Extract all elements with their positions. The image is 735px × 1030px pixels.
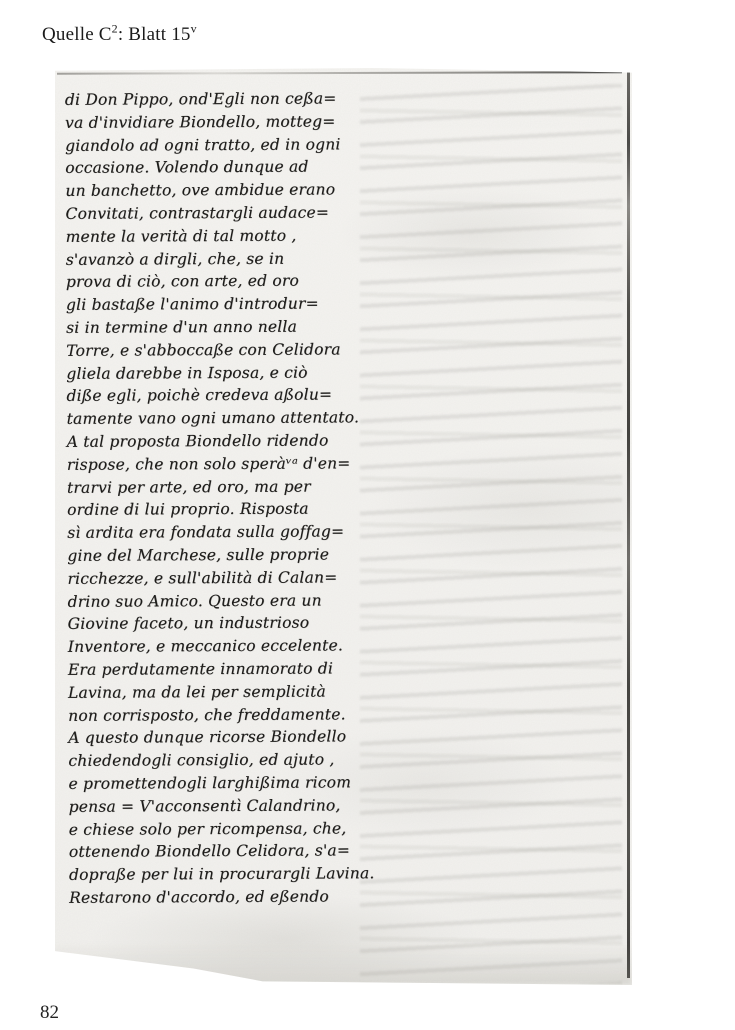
manuscript-line: e chiese solo per ricompensa, che,	[69, 817, 387, 841]
manuscript-line: diße egli, poichè credeva aßolu=	[66, 384, 384, 408]
manuscript-line: drino suo Amico. Questo era un	[67, 589, 385, 613]
manuscript-line: ordine di lui proprio. Risposta	[67, 498, 385, 522]
manuscript-line: occasione. Volendo dunque ad	[65, 156, 383, 180]
manuscript-line: prova di ciò, con arte, ed oro	[66, 270, 384, 294]
manuscript-line: Torre, e s'abboccaße con Celidora	[66, 338, 384, 362]
manuscript-text: di Don Pippo, ond'Egli non ceßa=va d'inv…	[65, 87, 387, 909]
manuscript-line: Giovine faceto, un industrioso	[68, 611, 386, 635]
manuscript-line: A questo dunque ricorse Biondello	[68, 725, 386, 749]
scan-right-edge	[627, 70, 630, 978]
verso-bleed-through	[360, 84, 622, 984]
header-title-middle: : Blatt 15	[118, 24, 191, 45]
manuscript-line: di Don Pippo, ond'Egli non ceßa=	[65, 87, 383, 111]
header-title-prefix: Quelle C	[42, 24, 112, 45]
manuscript-line: Lavina, ma da lei per semplicità	[68, 680, 386, 704]
manuscript-line: chiedendogli consiglio, ed ajuto ,	[68, 748, 386, 772]
manuscript-line: sì ardita era fondata sulla goffag=	[67, 520, 385, 544]
header-superscript-v: v	[191, 22, 197, 36]
manuscript-line: Restarono d'accordo, ed eßendo	[69, 885, 387, 909]
manuscript-scan: di Don Pippo, ond'Egli non ceßa=va d'inv…	[55, 68, 632, 985]
header-title: Quelle C2: Blatt 15v	[42, 24, 197, 45]
manuscript-line: gine del Marchese, sulle proprie	[67, 543, 385, 567]
manuscript-line: Inventore, e meccanico eccelente.	[68, 634, 386, 658]
manuscript-line: rispose, che non solo speràᵛᵃ d'en=	[67, 452, 385, 476]
scan-top-edge	[57, 71, 622, 74]
manuscript-line: mente la verità di tal motto ,	[66, 224, 384, 248]
manuscript-line: un banchetto, ove ambidue erano	[65, 178, 383, 202]
scan-bottom-shade	[55, 943, 632, 985]
manuscript-line: trarvi per arte, ed oro, ma per	[67, 475, 385, 499]
manuscript-line: tamente vano ogni umano attentato.	[67, 406, 385, 430]
manuscript-line: giandolo ad ogni tratto, ed in ogni	[65, 133, 383, 157]
page-number: 82	[40, 1002, 59, 1024]
manuscript-line: Era perdutamente innamorato di	[68, 657, 386, 681]
page: Quelle C2: Blatt 15v di Don Pippo, ond'E…	[0, 0, 735, 1030]
manuscript-line: e promettendogli larghißima ricom	[68, 771, 386, 795]
manuscript-line: non corrisposto, che freddamente.	[68, 703, 386, 727]
page-header: Quelle C2: Blatt 15v	[42, 24, 197, 46]
manuscript-line: va d'invidiare Biondello, motteg=	[65, 110, 383, 134]
manuscript-line: ricchezze, e sull'abilità di Calan=	[67, 566, 385, 590]
manuscript-line: dopraße per lui in procurargli Lavina.	[69, 862, 387, 886]
manuscript-line: gliela darebbe in Isposa, e ciò	[66, 361, 384, 385]
manuscript-line: si in termine d'un anno nella	[66, 315, 384, 339]
manuscript-line: pensa = V'acconsentì Calandrino,	[69, 794, 387, 818]
manuscript-line: Convitati, contrastargli audace=	[65, 201, 383, 225]
manuscript-line: ottenendo Biondello Celidora, s'a=	[69, 839, 387, 863]
manuscript-line: s'avanzò a dirgli, che, se in	[66, 247, 384, 271]
manuscript-line: gli bastaße l'animo d'introdur=	[66, 292, 384, 316]
manuscript-line: A tal proposta Biondello ridendo	[67, 429, 385, 453]
